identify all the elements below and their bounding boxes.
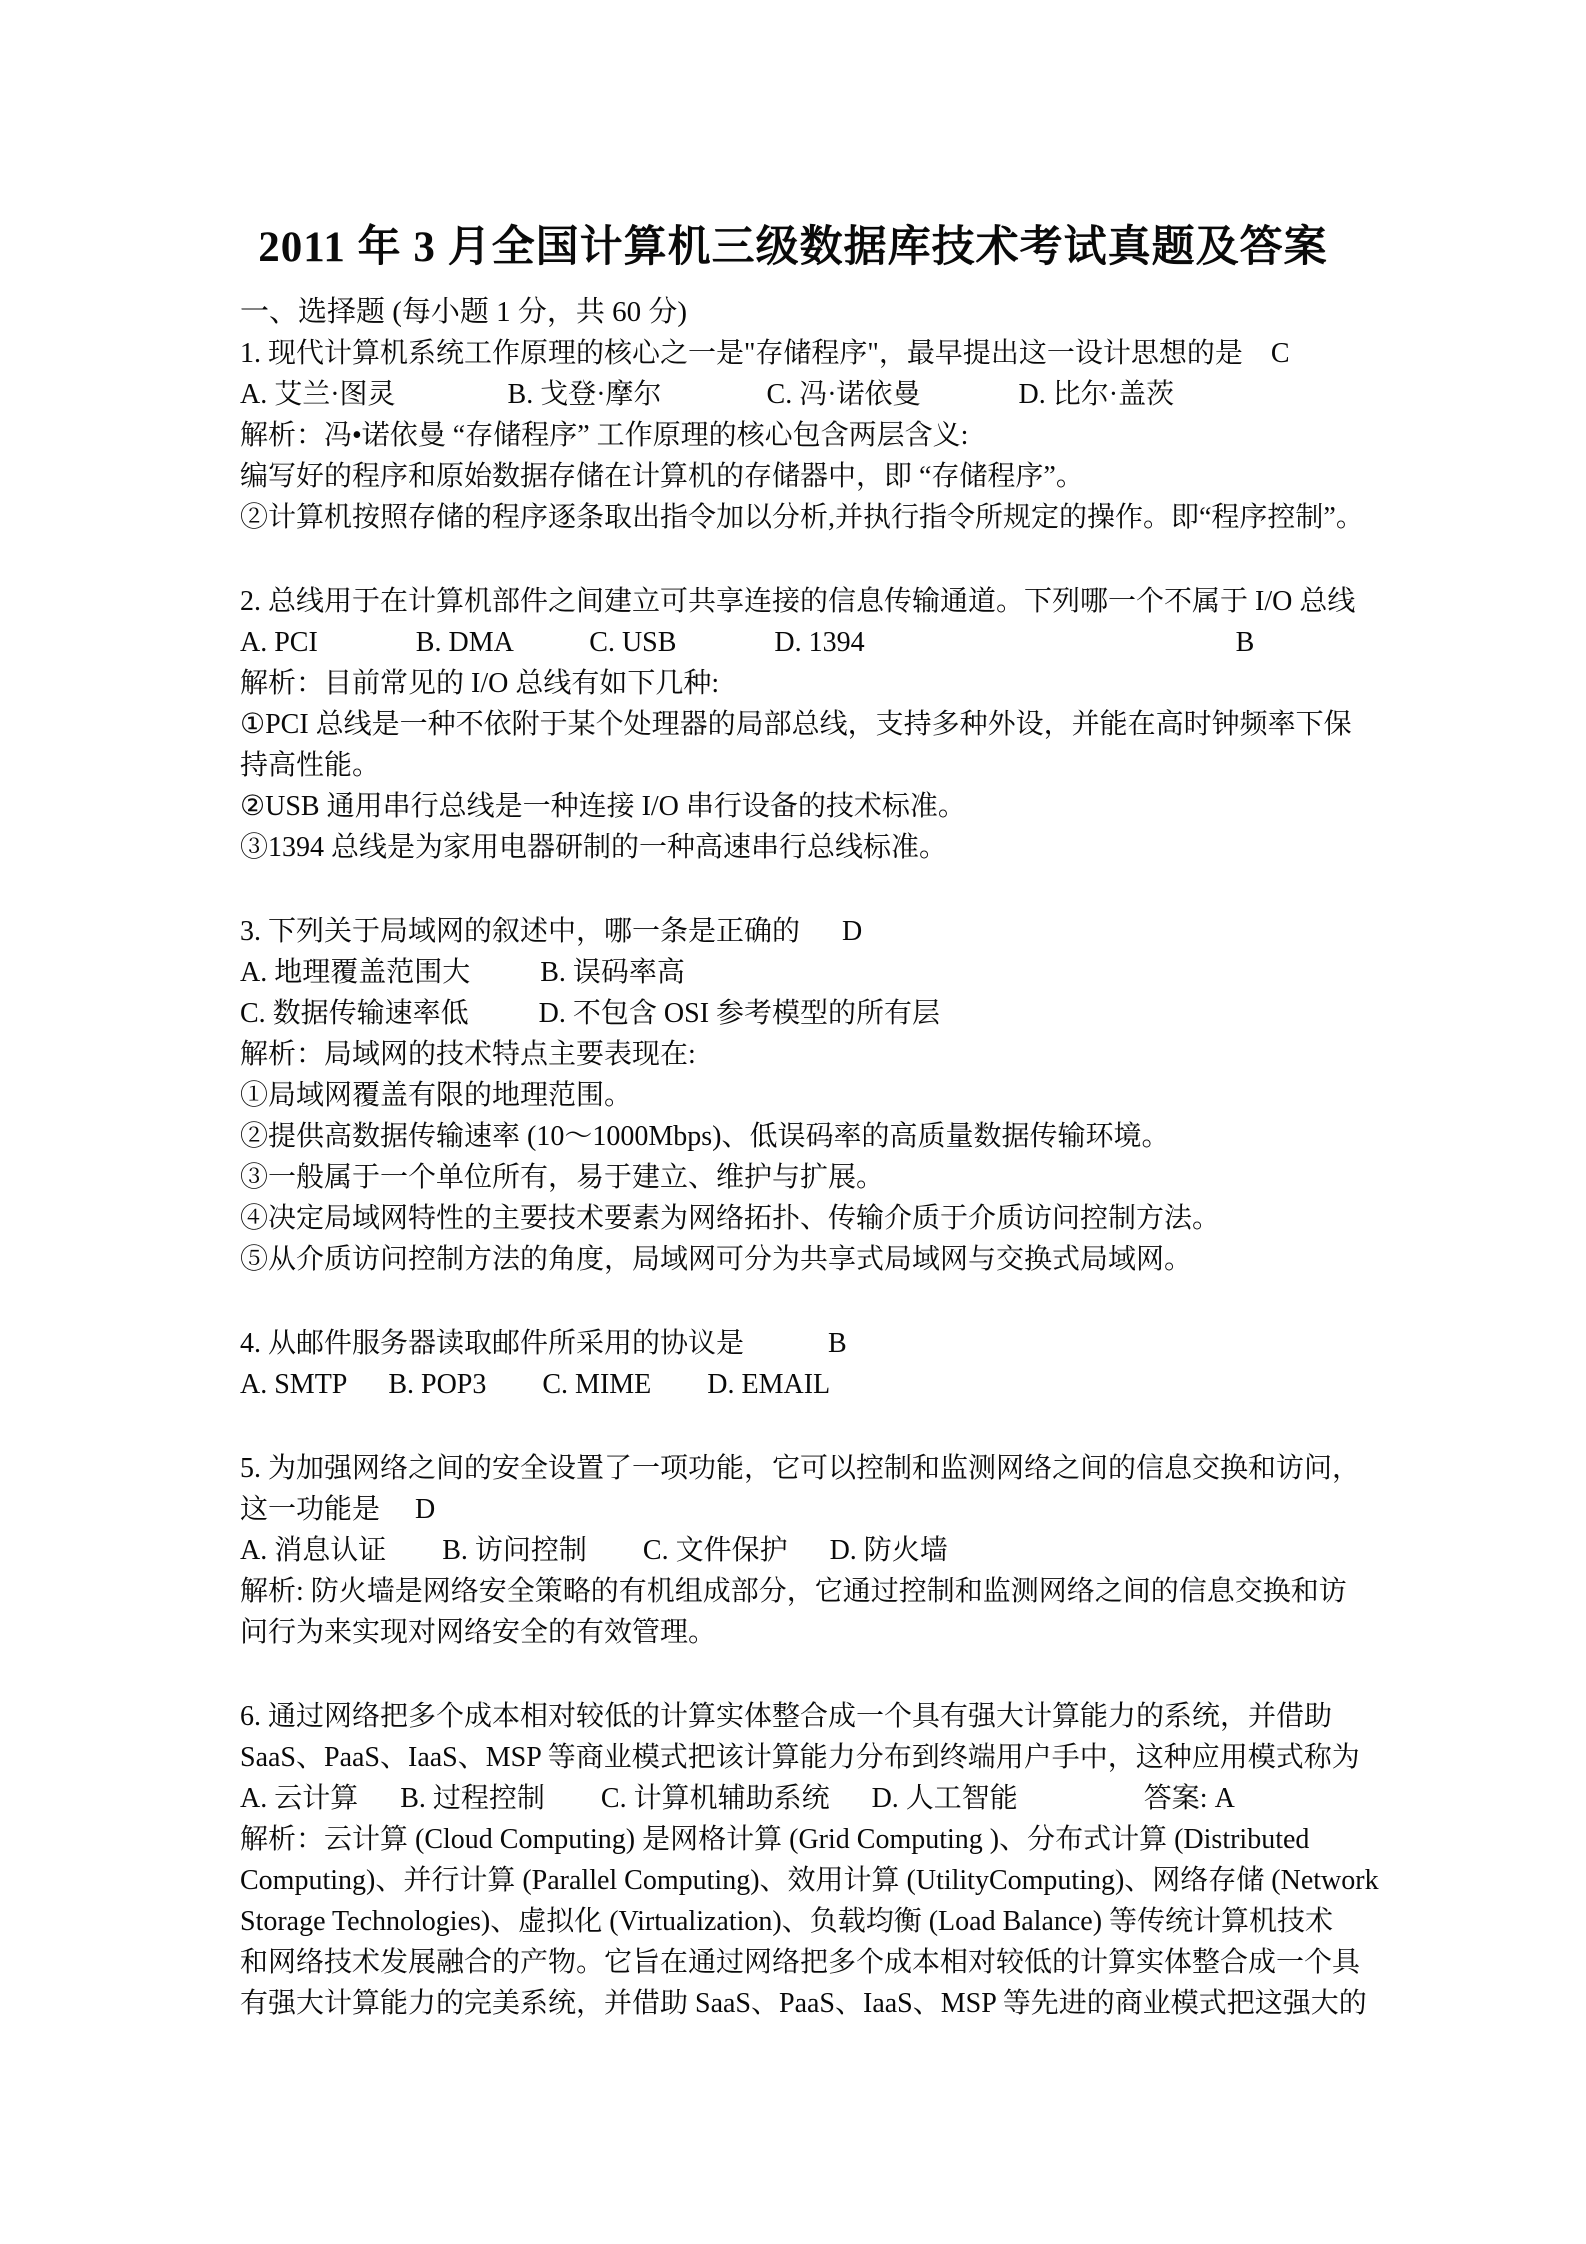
explanation-line: 持高性能。 xyxy=(240,745,1536,786)
explanation-line: 问行为来实现对网络安全的有效管理。 xyxy=(240,1612,1536,1653)
question-text: 6. 通过网络把多个成本相对较低的计算实体整合成一个具有强大计算能力的系统，并借… xyxy=(240,1696,1536,1737)
document-page: 2011 年 3 月全国计算机三级数据库技术考试真题及答案 一、选择题 (每小题… xyxy=(0,0,1586,2244)
question-5: 5. 为加强网络之间的安全设置了一项功能，它可以控制和监测网络之间的信息交换和访… xyxy=(240,1448,1536,1653)
explanation-line: 解析：目前常见的 I/O 总线有如下几种: xyxy=(240,663,1536,704)
question-text: 2. 总线用于在计算机部件之间建立可共享连接的信息传输通道。下列哪一个不属于 I… xyxy=(240,581,1536,622)
explanation-line: 编写好的程序和原始数据存储在计算机的存储器中，即 “存储程序”。 xyxy=(240,456,1536,497)
explanation-line: 解析：云计算 (Cloud Computing) 是网格计算 (Grid Com… xyxy=(240,1819,1536,1860)
explanation-line: ②计算机按照存储的程序逐条取出指令加以分析,并执行指令所规定的操作。即“程序控制… xyxy=(240,497,1536,538)
question-4: 4. 从邮件服务器读取邮件所采用的协议是 B A. SMTP B. POP3 C… xyxy=(240,1323,1536,1405)
question-6: 6. 通过网络把多个成本相对较低的计算实体整合成一个具有强大计算能力的系统，并借… xyxy=(240,1696,1536,2024)
explanation-line: 有强大计算能力的完美系统，并借助 SaaS、PaaS、IaaS、MSP 等先进的… xyxy=(240,1983,1536,2024)
question-1: 1. 现代计算机系统工作原理的核心之一是"存储程序"，最早提出这一设计思想的是 … xyxy=(240,333,1536,538)
question-text: 3. 下列关于局域网的叙述中，哪一条是正确的 D xyxy=(240,911,1536,952)
option-row: A. 艾兰·图灵 B. 戈登·摩尔 C. 冯·诺依曼 D. 比尔·盖茨 xyxy=(240,374,1536,415)
option-row: A. 云计算 B. 过程控制 C. 计算机辅助系统 D. 人工智能 答案: A xyxy=(240,1778,1536,1819)
question-text: 4. 从邮件服务器读取邮件所采用的协议是 B xyxy=(240,1323,1536,1364)
explanation-line: ③一般属于一个单位所有，易于建立、维护与扩展。 xyxy=(240,1157,1536,1198)
question-text: 5. 为加强网络之间的安全设置了一项功能，它可以控制和监测网络之间的信息交换和访… xyxy=(240,1448,1536,1489)
explanation-line: 解析：冯•诺依曼 “存储程序” 工作原理的核心包含两层含义: xyxy=(240,415,1536,456)
question-2: 2. 总线用于在计算机部件之间建立可共享连接的信息传输通道。下列哪一个不属于 I… xyxy=(240,581,1536,868)
explanation-line: ①PCI 总线是一种不依附于某个处理器的局部总线，支持多种外设，并能在高时钟频率… xyxy=(240,704,1536,745)
question-text: SaaS、PaaS、IaaS、MSP 等商业模式把该计算能力分布到终端用户手中，… xyxy=(240,1737,1536,1778)
page-title: 2011 年 3 月全国计算机三级数据库技术考试真题及答案 xyxy=(0,220,1586,276)
explanation-line: ④决定局域网特性的主要技术要素为网络拓扑、传输介质于介质访问控制方法。 xyxy=(240,1198,1536,1239)
document-content: 一、选择题 (每小题 1 分，共 60 分) 1. 现代计算机系统工作原理的核心… xyxy=(0,292,1586,2024)
question-3: 3. 下列关于局域网的叙述中，哪一条是正确的 D A. 地理覆盖范围大 B. 误… xyxy=(240,911,1536,1280)
section-heading: 一、选择题 (每小题 1 分，共 60 分) xyxy=(240,292,1536,333)
explanation-line: Computing)、并行计算 (Parallel Computing)、效用计… xyxy=(240,1860,1536,1901)
option-row: A. 消息认证 B. 访问控制 C. 文件保护 D. 防火墙 xyxy=(240,1530,1536,1571)
explanation-line: ③1394 总线是为家用电器研制的一种高速串行总线标准。 xyxy=(240,827,1536,868)
explanation-line: 解析：局域网的技术特点主要表现在: xyxy=(240,1034,1536,1075)
option-row: A. 地理覆盖范围大 B. 误码率高 xyxy=(240,952,1536,993)
explanation-line: 解析: 防火墙是网络安全策略的有机组成部分，它通过控制和监测网络之间的信息交换和… xyxy=(240,1571,1536,1612)
option-row: C. 数据传输速率低 D. 不包含 OSI 参考模型的所有层 xyxy=(240,993,1536,1034)
question-text: 1. 现代计算机系统工作原理的核心之一是"存储程序"，最早提出这一设计思想的是 … xyxy=(240,333,1536,374)
question-text: 这一功能是 D xyxy=(240,1489,1536,1530)
explanation-line: ①局域网覆盖有限的地理范围。 xyxy=(240,1075,1536,1116)
explanation-line: 和网络技术发展融合的产物。它旨在通过网络把多个成本相对较低的计算实体整合成一个具 xyxy=(240,1942,1536,1983)
option-row: A. SMTP B. POP3 C. MIME D. EMAIL xyxy=(240,1364,1536,1405)
explanation-line: ②提供高数据传输速率 (10～1000Mbps)、低误码率的高质量数据传输环境。 xyxy=(240,1116,1536,1157)
explanation-line: ⑤从介质访问控制方法的角度，局域网可分为共享式局域网与交换式局域网。 xyxy=(240,1239,1536,1280)
explanation-line: ②USB 通用串行总线是一种连接 I/O 串行设备的技术标准。 xyxy=(240,786,1536,827)
explanation-line: Storage Technologies)、虚拟化 (Virtualizatio… xyxy=(240,1901,1536,1942)
option-row: A. PCI B. DMA C. USB D. 1394 B xyxy=(240,622,1536,663)
